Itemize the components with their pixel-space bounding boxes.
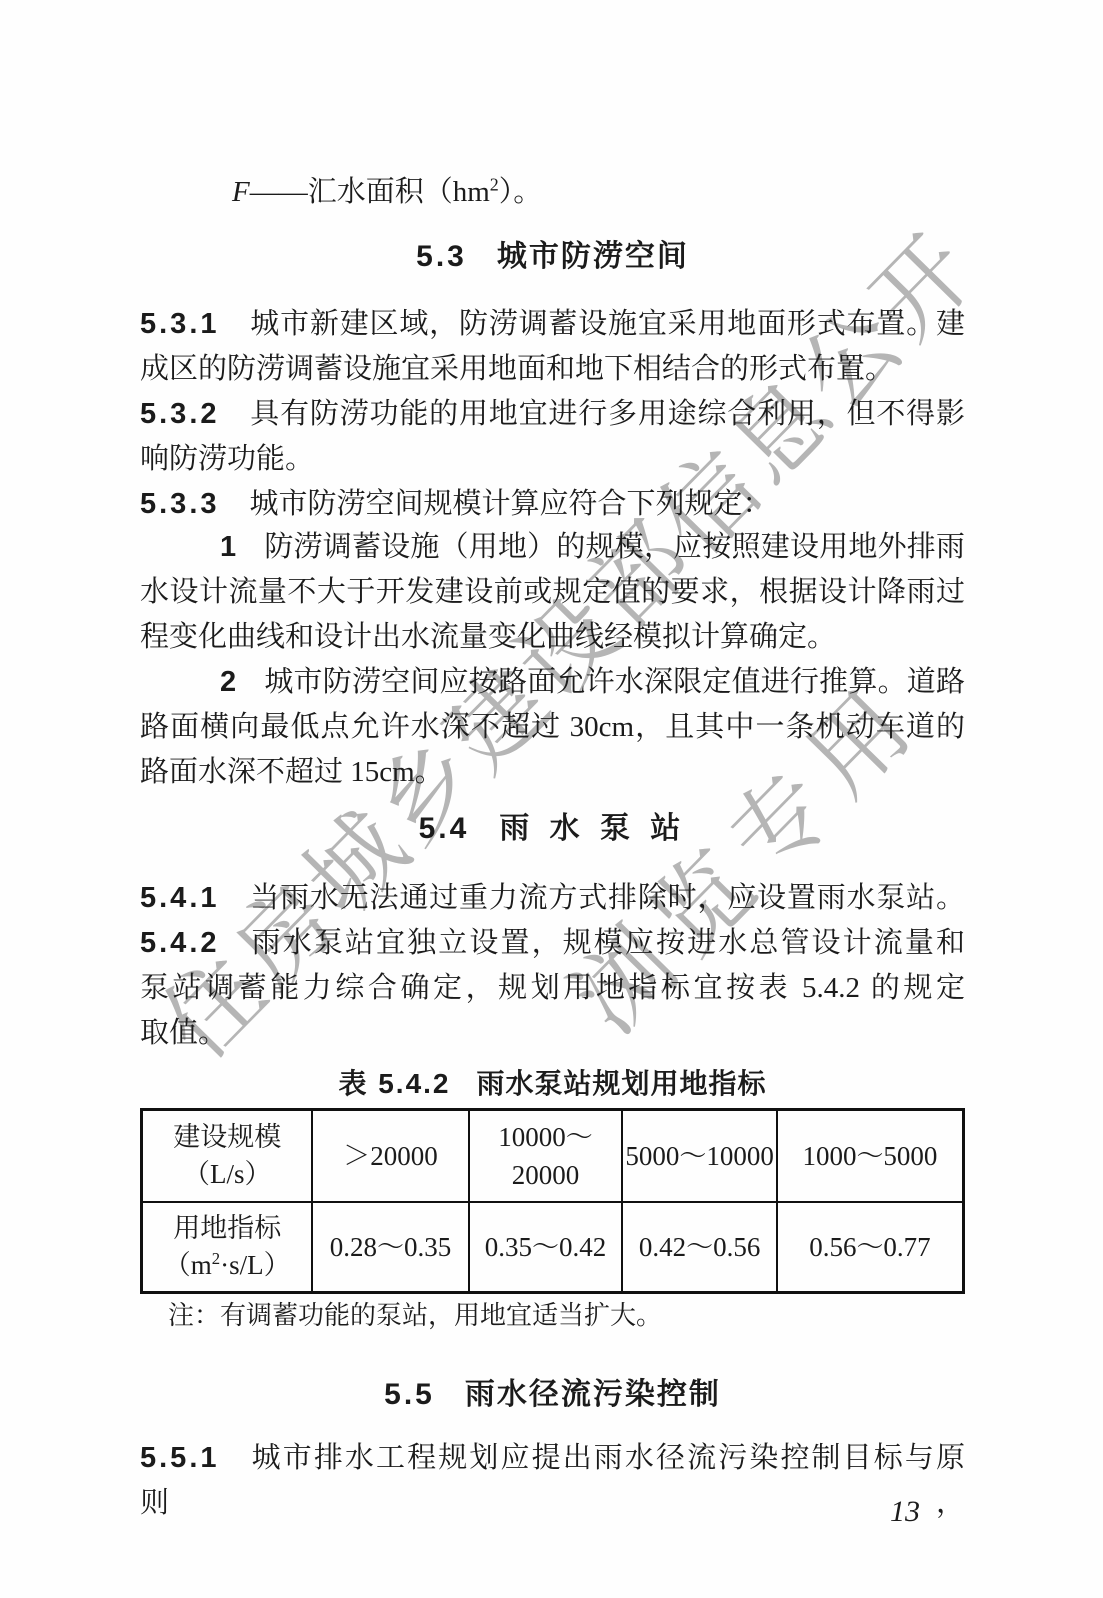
list-item-2: 2城市防涝空间应按路面允许水深限定值进行推算。道路 路面横向最低点允许水深不超过… [140, 660, 965, 795]
clause-label: 5.3.2 [140, 398, 250, 430]
table-row: 用地指标 （m2·s/L） 0.28～0.35 0.35～0.42 0.42～0… [142, 1202, 964, 1293]
clause-label: 5.3.1 [140, 308, 250, 340]
section-title: 城市防涝空间 [497, 240, 689, 273]
paragraph-5-3-3: 5.3.3城市防涝空间规模计算应符合下列规定： [140, 482, 965, 527]
clause-text: 取值。 [140, 1011, 965, 1056]
formula-text: 汇水面积（hm [308, 176, 490, 208]
item-text: 城市防涝空间应按路面允许水深限定值进行推算。道路 [264, 666, 965, 698]
unit-text: （m [164, 1250, 212, 1280]
clause-text: 泵站调蓄能力综合确定，规划用地指标宜按表 5.4.2 的规定 [140, 966, 965, 1011]
paragraph-5-4-1: 5.4.1当雨水无法通过重力流方式排除时，应设置雨水泵站。 [140, 876, 965, 921]
item-text: 路面水深不超过 15cm。 [140, 750, 965, 795]
section-heading-5-5: 5.5雨水径流污染控制 [140, 1372, 965, 1417]
note-label: 注： [168, 1301, 220, 1330]
item-text: 水设计流量不大于开发建设前或规定值的要求，根据设计降雨过 [140, 570, 965, 615]
item-text: 程变化曲线和设计出水流量变化曲线经模拟计算确定。 [140, 615, 965, 660]
table-cell: 0.56～0.77 [777, 1202, 964, 1293]
table-cell: 1000～5000 [777, 1110, 964, 1203]
table-cell: 0.28～0.35 [312, 1202, 468, 1293]
document-page: 住房城乡建设部信息公开 浏览专用 F——汇水面积（hm2）。 5.3城市防涝空间… [0, 0, 1103, 1598]
table-cell: 10000～20000 [469, 1110, 623, 1203]
clause-text: 城市防涝空间规模计算应符合下列规定： [250, 488, 772, 520]
page-number: 13 [890, 1492, 920, 1532]
clause-label: 5.4.1 [140, 882, 250, 914]
table-cell: ＞20000 [312, 1110, 468, 1203]
table-number: 表 5.4.2 [338, 1068, 450, 1099]
section-heading-5-4: 5.4雨 水 泵 站 [140, 806, 965, 851]
row-header-index: 用地指标 （m2·s/L） [142, 1202, 313, 1293]
row-header-unit: （L/s） [143, 1156, 311, 1193]
item-number: 2 [220, 666, 264, 698]
section-title: 雨 水 泵 站 [499, 812, 686, 845]
row-header-text: 建设规模 [143, 1119, 311, 1156]
paragraph-5-4-2: 5.4.2雨水泵站宜独立设置，规模应按进水总管设计流量和 泵站调蓄能力综合确定，… [140, 921, 965, 1056]
clause-text: 响防涝功能。 [140, 437, 965, 482]
unit-superscript: 2 [212, 1249, 220, 1268]
row-header-scale: 建设规模 （L/s） [142, 1110, 313, 1203]
row-header-text: 用地指标 [143, 1210, 311, 1247]
section-title: 雨水径流污染控制 [465, 1378, 721, 1411]
clause-text: 雨水泵站宜独立设置，规模应按进水总管设计流量和 [250, 927, 966, 959]
formula-variable-note: F——汇水面积（hm2）。 [140, 170, 965, 215]
table-caption: 表 5.4.2雨水泵站规划用地指标 [140, 1064, 965, 1104]
table-cell: 0.35～0.42 [469, 1202, 623, 1293]
table-5-4-2: 建设规模 （L/s） ＞20000 10000～20000 5000～10000… [140, 1108, 965, 1294]
page-content: F——汇水面积（hm2）。 5.3城市防涝空间 5.3.1城市新建区域，防涝调蓄… [0, 0, 1103, 1598]
table-cell: 0.42～0.56 [622, 1202, 777, 1293]
table-cell: 5000～10000 [622, 1110, 777, 1203]
note-text: 有调蓄功能的泵站，用地宜适当扩大。 [220, 1301, 662, 1330]
unit-text-tail: ·s/L） [220, 1250, 291, 1280]
list-item-1: 1防涝调蓄设施（用地）的规模，应按照建设用地外排雨 水设计流量不大于开发建设前或… [140, 525, 965, 660]
section-number: 5.5 [384, 1378, 435, 1411]
section-number: 5.3 [416, 240, 467, 273]
item-number: 1 [220, 531, 264, 563]
paragraph-5-3-2: 5.3.2具有防涝功能的用地宜进行多用途综合利用，但不得影 响防涝功能。 [140, 392, 965, 482]
table-note: 注：有调蓄功能的泵站，用地宜适当扩大。 [140, 1296, 965, 1336]
item-text: 防涝调蓄设施（用地）的规模，应按照建设用地外排雨 [264, 531, 965, 563]
clause-label: 5.4.2 [140, 927, 250, 959]
table-row: 建设规模 （L/s） ＞20000 10000～20000 5000～10000… [142, 1110, 964, 1203]
formula-superscript: 2 [490, 174, 499, 194]
clause-label: 5.3.3 [140, 488, 250, 520]
clause-text: 城市新建区域，防涝调蓄设施宜采用地面形式布置。建 [250, 308, 966, 340]
section-number: 5.4 [419, 812, 470, 845]
table-title: 雨水泵站规划用地指标 [477, 1068, 767, 1099]
formula-variable: F [232, 176, 250, 208]
formula-dash: —— [250, 176, 308, 208]
clause-text: 城市排水工程规划应提出雨水径流污染控制目标与原则， [140, 1442, 965, 1519]
clause-text: 当雨水无法通过重力流方式排除时，应设置雨水泵站。 [250, 882, 966, 914]
paragraph-5-5-1: 5.5.1城市排水工程规划应提出雨水径流污染控制目标与原则， [140, 1436, 965, 1526]
section-heading-5-3: 5.3城市防涝空间 [140, 234, 965, 279]
clause-text: 成区的防涝调蓄设施宜采用地面和地下相结合的形式布置。 [140, 347, 965, 392]
item-text: 路面横向最低点允许水深不超过 30cm，且其中一条机动车道的 [140, 705, 965, 750]
paragraph-5-3-1: 5.3.1城市新建区域，防涝调蓄设施宜采用地面形式布置。建 成区的防涝调蓄设施宜… [140, 302, 965, 392]
land-use-index-table: 建设规模 （L/s） ＞20000 10000～20000 5000～10000… [140, 1108, 965, 1294]
row-header-unit: （m2·s/L） [143, 1247, 311, 1284]
formula-text-tail: ）。 [499, 176, 543, 208]
clause-text: 具有防涝功能的用地宜进行多用途综合利用，但不得影 [250, 398, 966, 430]
clause-label: 5.5.1 [140, 1442, 250, 1474]
